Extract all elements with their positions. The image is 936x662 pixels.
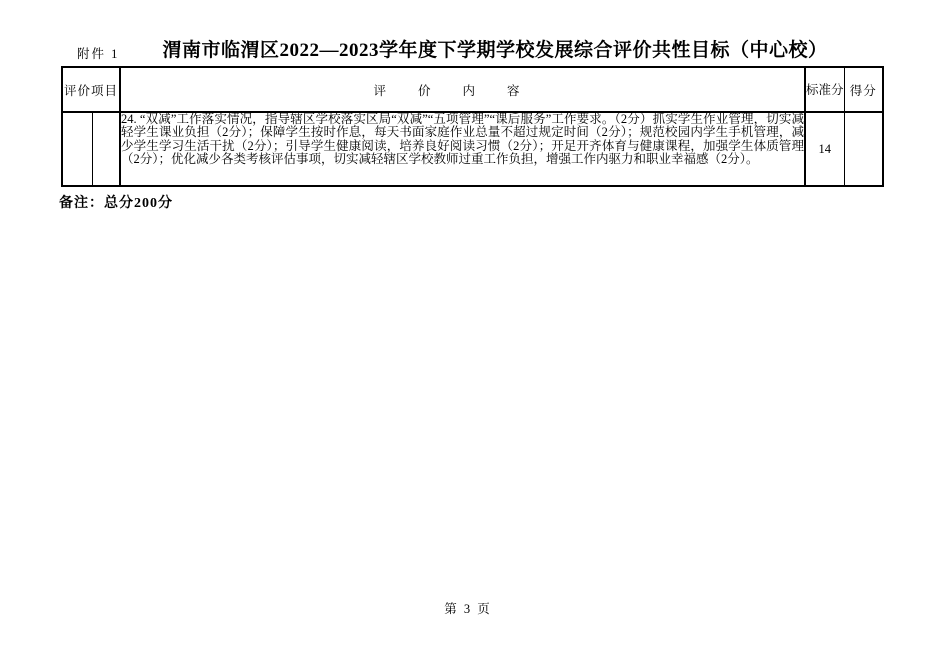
header-evaluation-content: 评价内容 — [120, 67, 805, 112]
cell-project-sub2 — [92, 112, 120, 186]
cell-standard-score: 14 — [805, 112, 844, 186]
table-header-row: 评价项目 评价内容 标准分 得分 — [62, 67, 883, 112]
note-total-score: 备注：总分200分 — [59, 192, 173, 212]
header-standard-score: 标准分 — [805, 67, 844, 112]
header-evaluation-project: 评价项目 — [62, 67, 120, 112]
page-number: 第 3 页 — [0, 599, 936, 617]
cell-project-sub1 — [62, 112, 92, 186]
document-title: 渭南市临渭区2022—2023学年度下学期学校发展综合评价共性目标（中心校） — [54, 35, 936, 62]
cell-evaluation-content: 24. “双减”工作落实情况，指导辖区学校落实区局“双减”“五项管理”“课后服务… — [120, 112, 805, 186]
document-page: 附件 1 渭南市临渭区2022—2023学年度下学期学校发展综合评价共性目标（中… — [0, 0, 936, 662]
cell-score — [844, 112, 883, 186]
evaluation-table: 评价项目 评价内容 标准分 得分 24. “双减”工作落实情况，指导辖区学校落实… — [61, 66, 884, 187]
table-row: 24. “双减”工作落实情况，指导辖区学校落实区局“双减”“五项管理”“课后服务… — [62, 112, 883, 186]
header-score: 得分 — [844, 67, 883, 112]
